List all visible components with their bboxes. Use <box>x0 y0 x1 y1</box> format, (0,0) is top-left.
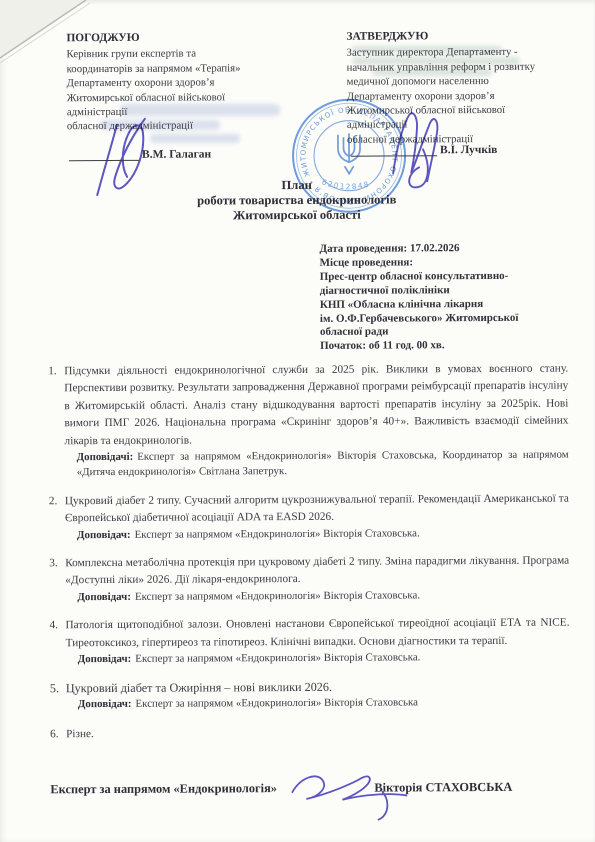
speaker-label: Доповідачі: <box>77 451 134 463</box>
title-line: Житомирської області <box>0 207 594 225</box>
approve-left-title: ПОГОДЖУЮ <box>66 30 301 46</box>
signature-line <box>69 148 139 161</box>
item-text: Підсумки діяльності ендокринологічної сл… <box>64 363 568 447</box>
speaker-label: Доповідач: <box>78 653 132 665</box>
detail-line: Дата проведення: 17.02.2026 <box>320 242 570 257</box>
signer-name-left: В.М. Галаган <box>142 148 211 160</box>
speaker-names: Експерт за напрямом «Ендокринологія» Вік… <box>135 527 420 540</box>
agenda-item-2: 2.Цукровий діабет 2 типу. Сучасний алгор… <box>49 490 569 543</box>
speaker-names: Експерт за напрямом «Ендокринологія» Вік… <box>77 449 569 479</box>
agenda-item-3: 3.Комплексна метаболічна протекція при ц… <box>49 553 569 606</box>
approve-right-line: медичної допомоги населенню <box>347 74 572 90</box>
speaker-names: Експерт за напрямом «Ендокринологія» Вік… <box>135 696 417 709</box>
speaker-label: Доповідач: <box>78 698 132 710</box>
speaker-names: Експерт за напрямом «Ендокринологія» Вік… <box>135 589 420 602</box>
detail-line: Прес-центр обласної консультативно- <box>320 269 570 284</box>
speaker-label: Доповідач: <box>77 591 131 603</box>
sign-row-left: В.М. Галаган <box>69 147 211 161</box>
detail-line: діагностичної поліклініки <box>320 283 570 298</box>
agenda-item-1: 1.Підсумки діяльності ендокринологічної … <box>48 361 569 482</box>
agenda-item-5: 5.Цукровий діабет та Ожиріння – нові вик… <box>50 677 570 713</box>
item-speaker: Доповідач:Експерт за напрямом «Ендокрино… <box>78 650 570 668</box>
item-speaker: Доповідач:Експерт за напрямом «Ендокрино… <box>77 587 569 605</box>
footer-role: Експерт за напрямом «Ендокринологія» <box>50 781 277 797</box>
item-text: Патологія щитоподібної залози. Оновлені … <box>65 617 569 649</box>
approve-left-line: координаторів за напрямом «Терапія» <box>67 61 302 77</box>
agenda-list: 1.Підсумки діяльності ендокринологічної … <box>48 361 570 756</box>
detail-line: ім. О.Ф.Гербачевського» Житомирської <box>320 311 570 326</box>
approve-left-line: Керівник групи експертів та <box>66 46 301 62</box>
item-number: 5. <box>50 680 66 697</box>
item-speaker: Доповідач:Експерт за напрямом «Ендокрино… <box>78 694 570 712</box>
item-text: Цукровий діабет 2 типу. Сучасний алгорит… <box>65 492 569 524</box>
approve-left-line: Житомирської обласної військової <box>67 90 302 106</box>
item-number: 3. <box>49 555 65 572</box>
detail-line: КНП «Обласна клінічна лікарня <box>320 297 570 312</box>
item-text: Цукровий діабет та Ожиріння – нові викли… <box>66 679 332 694</box>
item-speaker: Доповідач:Експерт за напрямом «Ендокрино… <box>77 525 569 543</box>
item-number: 2. <box>49 493 65 510</box>
meeting-details: Дата проведення: 17.02.2026 Місце провед… <box>320 242 571 355</box>
signer-name-right: В.І. Лучків <box>440 144 497 156</box>
item-speaker: Доповідачі:Експерт за напрямом «Ендокрин… <box>77 448 569 481</box>
document-title: План роботи товариства ендокринологів Жи… <box>0 176 594 225</box>
detail-line: обласної ради <box>320 325 570 340</box>
detail-line: Початок: об 11 год. 00 хв. <box>320 339 570 354</box>
approve-right-title: ЗАТВЕРДЖУЮ <box>346 29 571 45</box>
approve-right-line: Заступник директора Департаменту - <box>346 45 571 61</box>
signature-line <box>351 143 437 156</box>
speaker-label: Доповідач: <box>77 529 131 541</box>
document-page: ПОГОДЖУЮ Керівник групи експертів та коо… <box>0 0 595 842</box>
item-text: Комплексна метаболічна протекція при цук… <box>65 555 569 587</box>
approve-left-line: Департаменту охорони здоров’я <box>67 75 302 91</box>
agenda-item-4: 4.Патологія щитоподібної залози. Оновлен… <box>49 615 569 668</box>
agenda-item-6: 6.Різне. <box>50 724 570 744</box>
detail-line: Місце проведення: <box>320 255 570 270</box>
sign-row-right: В.І. Лучків <box>351 143 497 157</box>
footer-signer-name: Вікторія СТАХОВСЬКА <box>374 780 512 796</box>
item-number: 4. <box>49 618 65 635</box>
item-number: 1. <box>48 363 64 380</box>
speaker-names: Експерт за напрямом «Ендокринологія» Вік… <box>135 651 420 664</box>
item-number: 6. <box>50 727 66 744</box>
approve-right-line: начальник управління реформ і розвитку <box>347 59 572 75</box>
item-text: Різне. <box>66 728 94 740</box>
